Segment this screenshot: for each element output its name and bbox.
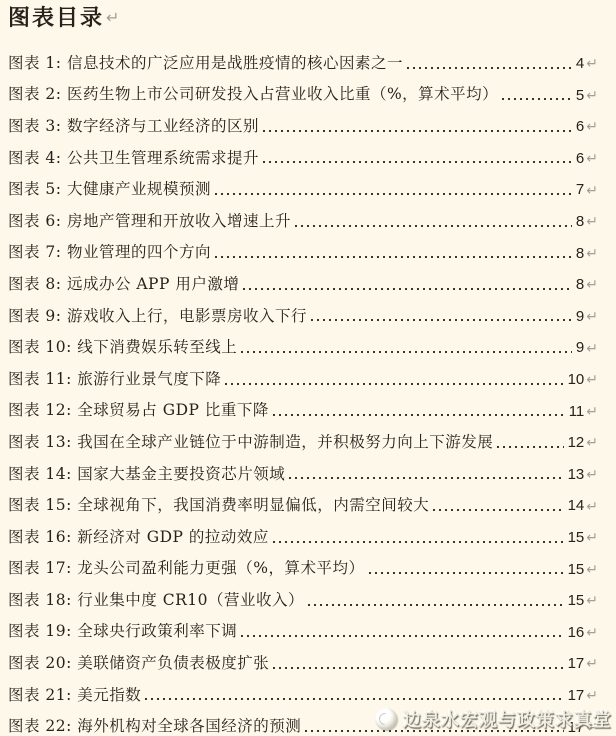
return-mark-icon: ↵ (586, 184, 598, 199)
toc-entry[interactable]: 图表 14: 国家大基金主要投资芯片领域 13 ↵ (8, 454, 598, 486)
dotted-leader (145, 698, 563, 700)
toc-entry-page[interactable]: 15 (568, 530, 585, 547)
toc-entry-label[interactable]: 图表 17: 龙头公司盈利能力更强（%，算术平均） (8, 560, 365, 578)
dotted-leader (433, 509, 563, 511)
toc-entry-page[interactable]: 11 (569, 404, 585, 421)
toc-entry[interactable]: 图表 20: 美联储资产负债表极度扩张 17 ↵ (8, 643, 598, 675)
return-mark-icon: ↵ (586, 594, 598, 609)
toc-entry-label[interactable]: 图表 4: 公共卫生管理系统需求提升 (8, 150, 259, 168)
dotted-leader (308, 604, 564, 606)
toc-entry-label[interactable]: 图表 5: 大健康产业规模预测 (8, 181, 211, 199)
return-mark-icon: ↵ (586, 373, 598, 388)
return-mark-icon: ↵ (586, 626, 598, 641)
toc-list: 图表 1: 信息技术的广泛应用是战胜疫情的核心因素之一 4 ↵ 图表 2: 医药… (8, 43, 598, 736)
dotted-leader (369, 572, 564, 574)
toc-entry-label[interactable]: 图表 16: 新经济对 GDP 的拉动效应 (8, 529, 269, 547)
dotted-leader (273, 414, 565, 416)
toc-entry[interactable]: 图表 9: 游戏收入上行，电影票房收入下行 9 ↵ (8, 296, 598, 328)
dotted-leader (263, 130, 572, 132)
page-title: 图表目录 (8, 5, 104, 31)
dotted-leader (243, 288, 572, 290)
toc-entry[interactable]: 图表 8: 远成办公 APP 用户激增 8 ↵ (8, 264, 598, 296)
toc-entry-page[interactable]: 8 (576, 214, 584, 231)
toc-entry[interactable]: 图表 16: 新经济对 GDP 的拉动效应 15 ↵ (8, 517, 598, 549)
dotted-leader (215, 256, 572, 258)
dotted-leader (215, 193, 572, 195)
toc-entry-page[interactable]: 17 (568, 656, 585, 673)
dotted-leader (497, 446, 563, 448)
toc-entry-label[interactable]: 图表 15: 全球视角下，我国消费率明显偏低，内需空间较大 (8, 497, 429, 515)
return-mark-icon: ↵ (106, 9, 119, 27)
toc-entry-label[interactable]: 图表 9: 游戏收入上行，电影票房收入下行 (8, 308, 307, 326)
return-mark-icon: ↵ (586, 531, 598, 546)
toc-entry-label[interactable]: 图表 8: 远成办公 APP 用户激增 (8, 276, 239, 294)
dotted-leader (407, 67, 572, 69)
toc-entry-page[interactable]: 9 (576, 340, 584, 357)
return-mark-icon: ↵ (586, 57, 598, 72)
toc-entry-page[interactable]: 15 (568, 593, 585, 610)
return-mark-icon: ↵ (586, 689, 598, 704)
toc-entry-label[interactable]: 图表 21: 美元指数 (8, 687, 141, 705)
toc-entry-page[interactable]: 15 (568, 562, 585, 579)
toc-entry-page[interactable]: 5 (576, 88, 584, 105)
toc-entry-label[interactable]: 图表 19: 全球央行政策利率下调 (8, 623, 237, 641)
toc-entry[interactable]: 图表 7: 物业管理的四个方向 8 ↵ (8, 233, 598, 265)
toc-entry[interactable]: 图表 10: 线下消费娱乐转至线上 9 ↵ (8, 327, 598, 359)
return-mark-icon: ↵ (586, 152, 598, 167)
toc-entry-page[interactable]: 9 (576, 309, 584, 326)
dotted-leader (311, 319, 572, 321)
toc-entry[interactable]: 图表 21: 美元指数 17 ↵ (8, 675, 598, 707)
toc-entry[interactable]: 图表 6: 房地产管理和开放收入增速上升 8 ↵ (8, 201, 598, 233)
toc-entry[interactable]: 图表 11: 旅游行业景气度下降 10 ↵ (8, 359, 598, 391)
return-mark-icon: ↵ (586, 89, 598, 104)
toc-entry[interactable]: 图表 17: 龙头公司盈利能力更强（%，算术平均） 15 ↵ (8, 549, 598, 581)
toc-entry-label[interactable]: 图表 1: 信息技术的广泛应用是战胜疫情的核心因素之一 (8, 55, 403, 73)
toc-entry-label[interactable]: 图表 3: 数字经济与工业经济的区别 (8, 118, 259, 136)
document-page: 图表目录 ↵ 图表 1: 信息技术的广泛应用是战胜疫情的核心因素之一 4 ↵ 图… (0, 0, 616, 736)
return-mark-icon: ↵ (586, 500, 598, 515)
return-mark-icon: ↵ (586, 563, 598, 578)
watermark-logo-icon (375, 708, 397, 730)
return-mark-icon: ↵ (586, 215, 598, 230)
dotted-leader (273, 667, 563, 669)
toc-entry[interactable]: 图表 19: 全球央行政策利率下调 16 ↵ (8, 612, 598, 644)
toc-entry-label[interactable]: 图表 7: 物业管理的四个方向 (8, 244, 211, 262)
return-mark-icon: ↵ (586, 278, 598, 293)
toc-entry[interactable]: 图表 3: 数字经济与工业经济的区别 6 ↵ (8, 106, 598, 138)
toc-entry-page[interactable]: 4 (576, 56, 584, 73)
toc-entry[interactable]: 图表 18: 行业集中度 CR10（营业收入） 15 ↵ (8, 580, 598, 612)
toc-entry[interactable]: 图表 12: 全球贸易占 GDP 比重下降 11 ↵ (8, 391, 598, 423)
toc-entry-label[interactable]: 图表 12: 全球贸易占 GDP 比重下降 (8, 402, 269, 420)
toc-entry-page[interactable]: 16 (568, 625, 585, 642)
dotted-leader (241, 351, 572, 353)
toc-entry-label[interactable]: 图表 20: 美联储资产负债表极度扩张 (8, 655, 269, 673)
toc-entry-page[interactable]: 7 (576, 182, 584, 199)
toc-entry-page[interactable]: 8 (576, 277, 584, 294)
return-mark-icon: ↵ (586, 405, 598, 420)
dotted-leader (273, 541, 564, 543)
toc-entry-label[interactable]: 图表 11: 旅游行业景气度下降 (8, 371, 221, 389)
toc-entry[interactable]: 图表 2: 医药生物上市公司研发投入占营业收入比重（%，算术平均） 5 ↵ (8, 75, 598, 107)
toc-title-row: 图表目录 ↵ (8, 5, 598, 43)
return-mark-icon: ↵ (586, 342, 598, 357)
toc-entry-page[interactable]: 12 (568, 435, 585, 452)
dotted-leader (263, 161, 572, 163)
toc-entry-page[interactable]: 13 (568, 467, 585, 484)
toc-entry-label[interactable]: 图表 18: 行业集中度 CR10（营业收入） (8, 592, 304, 610)
dotted-leader (289, 477, 563, 479)
toc-entry[interactable]: 图表 5: 大健康产业规模预测 7 ↵ (8, 169, 598, 201)
dotted-leader (241, 635, 563, 637)
toc-entry-page[interactable]: 17 (568, 688, 585, 705)
toc-entry[interactable]: 图表 15: 全球视角下，我国消费率明显偏低，内需空间较大 14 ↵ (8, 485, 598, 517)
return-mark-icon: ↵ (586, 247, 598, 262)
return-mark-icon: ↵ (586, 120, 598, 135)
watermark: 边泉水宏观与政策求真堂 (375, 706, 612, 732)
toc-entry-page[interactable]: 10 (568, 372, 585, 389)
toc-entry-page[interactable]: 6 (576, 119, 584, 136)
toc-entry[interactable]: 图表 1: 信息技术的广泛应用是战胜疫情的核心因素之一 4 ↵ (8, 43, 598, 75)
dotted-leader (502, 98, 572, 100)
toc-entry-page[interactable]: 8 (576, 246, 584, 263)
return-mark-icon: ↵ (586, 657, 598, 672)
return-mark-icon: ↵ (586, 310, 598, 325)
toc-entry-label[interactable]: 图表 6: 房地产管理和开放收入增速上升 (8, 213, 291, 231)
dotted-leader (295, 225, 572, 227)
toc-entry[interactable]: 图表 4: 公共卫生管理系统需求提升 6 ↵ (8, 138, 598, 170)
toc-entry-label[interactable]: 图表 22: 海外机构对全球各国经济的预测 (8, 718, 301, 736)
toc-entry-page[interactable]: 6 (576, 151, 584, 168)
watermark-text: 边泉水宏观与政策求真堂 (403, 706, 612, 732)
toc-entry-label[interactable]: 图表 14: 国家大基金主要投资芯片领域 (8, 466, 285, 484)
toc-entry[interactable]: 图表 13: 我国在全球产业链位于中游制造，并积极努力向上下游发展 12 ↵ (8, 422, 598, 454)
toc-entry-label[interactable]: 图表 13: 我国在全球产业链位于中游制造，并积极努力向上下游发展 (8, 434, 493, 452)
return-mark-icon: ↵ (586, 468, 598, 483)
toc-entry-label[interactable]: 图表 2: 医药生物上市公司研发投入占营业收入比重（%，算术平均） (8, 86, 498, 104)
dotted-leader (225, 383, 563, 385)
toc-entry-page[interactable]: 14 (568, 498, 585, 515)
return-mark-icon: ↵ (586, 436, 598, 451)
toc-entry-label[interactable]: 图表 10: 线下消费娱乐转至线上 (8, 339, 237, 357)
